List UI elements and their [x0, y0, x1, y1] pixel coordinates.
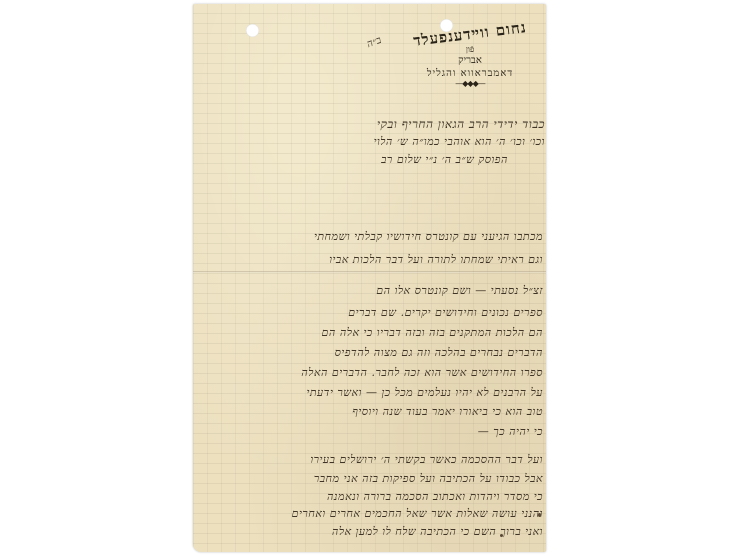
letterhead-fabric: אבריק	[395, 55, 545, 66]
ink-stain	[500, 534, 503, 537]
closing-line-1: ועל דבר ההסכמה כאשר בקשתי ה׳ ירושלים בעי…	[310, 453, 543, 466]
body-line-6: הדברים נבחרים בהלכה וזה גם מצוה להדפיס	[335, 346, 543, 359]
paper-fold-crease	[193, 271, 546, 273]
body-line-8: על הרבנים לא יהיו נעלמים מכל כן — ואשר י…	[306, 386, 543, 399]
closing-line-5: ואני ברוך השם כי הכתיבה שלח לו למען אלה	[332, 525, 543, 538]
body-line-2: וגם ראיתי שמחתו לתורה ועל דבר הלכות אביו	[329, 253, 543, 266]
ink-stain	[538, 513, 541, 517]
body-line-3: זצ״ל נסעתי — ושם קונטרס אלו הם	[376, 284, 543, 297]
salutation-line-1: כבוד ידידי הרב הגאון החריף ובקי	[377, 117, 545, 132]
closing-line-2: אבל כבודו על הכתיבה ועל ספיקות בזה אני מ…	[314, 472, 543, 485]
body-line-1: מכתבו הגיעני עם קונטרס חידושיו קבלתי ושמ…	[314, 230, 543, 243]
closing-line-3: כי מסדר ויהדות ואכתוב הסכמה ברורה ונאמנה	[327, 490, 543, 503]
letterhead-divider: —◆◆◆—	[395, 79, 545, 88]
body-line-9: טוב הוא כי ביאורו יאמר בעוד שנה ויוסיף	[352, 405, 543, 418]
body-line-5: הם הלכות המתקנים בזה ובזה דבריו כי אלה ה…	[322, 326, 543, 339]
body-line-7: ספרו החידושים אשר הוא זכה לחבר. הדברים ה…	[301, 366, 543, 379]
letterhead-place: דאמבראווא והגליל	[395, 68, 545, 79]
letterhead: נחום ווײדענפעלד פֿון אבריק דאמבראווא והג…	[395, 24, 545, 88]
body-line-4: ספרים נכונים וחידושים יקרים. שם דברים	[348, 306, 543, 319]
closing-line-4: והנני עושה שאלות אשר שאל החכמים אחרים וא…	[292, 507, 543, 520]
body-line-10: כי יהיה כך —	[478, 425, 543, 438]
salutation-line-2: וכו׳ וכו׳ ה׳ הוא אוהבי כמו״ה ש׳ הלוי	[374, 135, 545, 148]
salutation-line-3: הפוסק ש״ב ה׳ נ״י שלום רב	[381, 153, 508, 166]
punch-hole-left	[246, 24, 259, 37]
